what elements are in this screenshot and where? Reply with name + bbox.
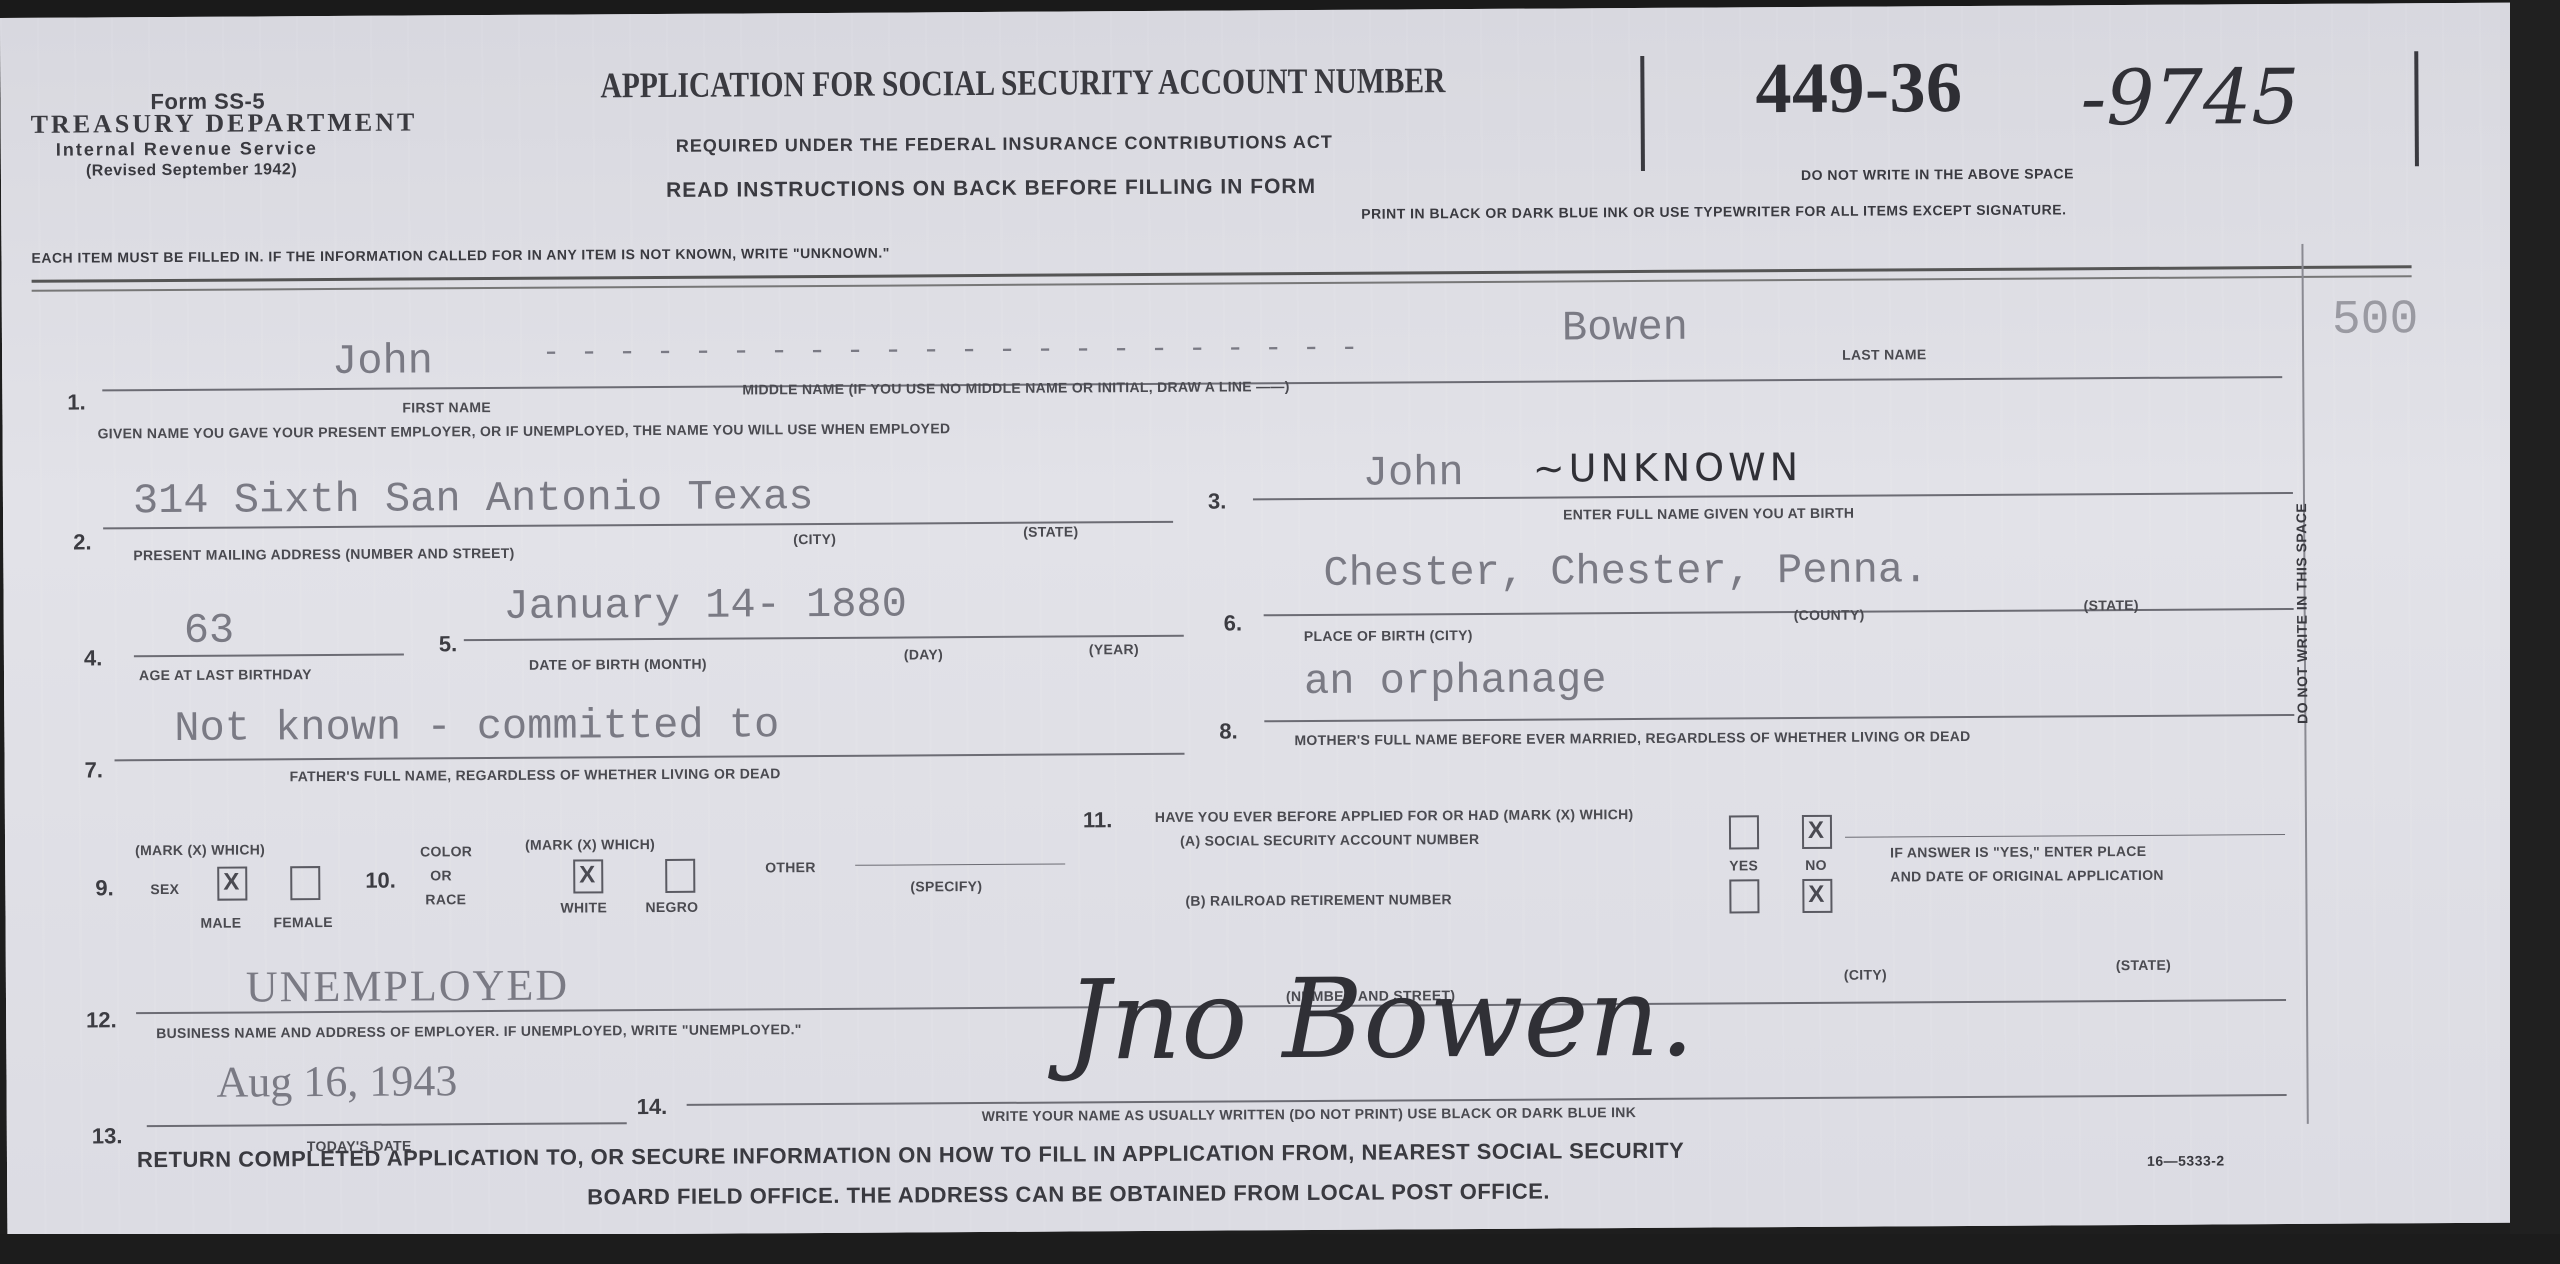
todays-date-value[interactable]: Aug 16, 1943: [216, 1055, 457, 1107]
item-1-number: 1.: [67, 389, 86, 415]
margin-vertical-note: DO NOT WRITE IN THIS SPACE: [2293, 503, 2310, 724]
service: Internal Revenue Service: [56, 138, 318, 161]
item-7-line: [115, 753, 1185, 762]
age-value[interactable]: 63: [184, 607, 235, 655]
father-name-value[interactable]: Not known - committed to: [174, 701, 779, 753]
birth-state-label: (STATE): [2084, 597, 2139, 613]
sex-male-checkbox[interactable]: [217, 867, 247, 901]
birth-name-value[interactable]: John: [1363, 449, 1464, 498]
item-4-number: 4.: [84, 645, 103, 671]
color-label-3: RACE: [425, 891, 466, 907]
fill-instruction: EACH ITEM MUST BE FILLED IN. IF THE INFO…: [31, 245, 889, 266]
employer-label: BUSINESS NAME AND ADDRESS OF EMPLOYER. I…: [156, 1021, 802, 1041]
first-name-label: FIRST NAME: [402, 399, 491, 416]
item-8-line: [1264, 714, 2294, 722]
color-label-1: COLOR: [420, 843, 472, 859]
prior-ssn-label: (A) SOCIAL SECURITY ACCOUNT NUMBER: [1180, 831, 1479, 849]
mailing-city-label: (CITY): [793, 531, 836, 547]
mailing-address-value[interactable]: 314 Sixth San Antonio Texas: [133, 473, 814, 525]
birth-place-value[interactable]: Chester, Chester, Penna.: [1323, 546, 1928, 598]
birth-day-label: (DAY): [904, 646, 943, 662]
last-name-label: LAST NAME: [1842, 346, 1926, 363]
read-instructions: READ INSTRUCTIONS ON BACK BEFORE FILLING…: [666, 175, 1316, 203]
race-white-label: WHITE: [560, 899, 607, 915]
item-5-number: 5.: [439, 631, 458, 657]
race-negro-checkbox[interactable]: [665, 859, 695, 893]
birth-name-label: ENTER FULL NAME GIVEN YOU AT BIRTH: [1563, 505, 1854, 523]
sex-mark-note: (MARK (X) WHICH): [135, 841, 265, 858]
last-name-value[interactable]: Bowen: [1562, 304, 1688, 353]
middle-name-value[interactable]: - - - - - - - - - - - - - - - - - - - - …: [542, 332, 1359, 371]
prior-ssn-yes-checkbox[interactable]: [1729, 815, 1759, 849]
prior-railroad-label: (B) RAILROAD RETIREMENT NUMBER: [1185, 891, 1452, 909]
form-subtitle: REQUIRED UNDER THE FEDERAL INSURANCE CON…: [676, 132, 1333, 157]
form-code: 16—5333-2: [2147, 1152, 2225, 1168]
item-4-line: [134, 654, 404, 658]
employer-state-label: (STATE): [2116, 957, 2171, 973]
if-yes-note-2: AND DATE OF ORIGINAL APPLICATION: [1890, 867, 2164, 885]
mailing-state-label: (STATE): [1023, 523, 1078, 539]
age-label: AGE AT LAST BIRTHDAY: [139, 666, 312, 683]
account-number-handwritten: -9745: [2080, 52, 2300, 142]
birth-month-label: DATE OF BIRTH (MONTH): [529, 656, 707, 673]
item-2-number: 2.: [73, 529, 92, 555]
form-title: APPLICATION FOR SOCIAL SECURITY ACCOUNT …: [600, 59, 1445, 106]
department: TREASURY DEPARTMENT: [31, 107, 418, 139]
scan-border-bottom: [0, 1234, 2560, 1264]
sex-label: SEX: [150, 881, 179, 897]
item-13-line: [147, 1122, 627, 1127]
margin-note-500: 500: [2332, 293, 2419, 348]
item-13-number: 13.: [92, 1123, 123, 1149]
footer-line-2: BOARD FIELD OFFICE. THE ADDRESS CAN BE O…: [587, 1179, 1550, 1211]
if-yes-note-1: IF ANSWER IS "YES," ENTER PLACE: [1890, 843, 2146, 861]
prior-application-line[interactable]: [1845, 834, 2285, 838]
race-mark-note: (MARK (X) WHICH): [525, 836, 655, 853]
prior-ssn-no-checkbox[interactable]: [1802, 815, 1832, 849]
signature[interactable]: Jno Bowen.: [1066, 953, 1695, 1085]
birth-name-handwritten[interactable]: ~UNKNOWN: [1533, 445, 1803, 491]
yes-label: YES: [1729, 857, 1758, 873]
item-3-number: 3.: [1208, 489, 1227, 515]
account-number-stamped: 449-36: [1755, 46, 1962, 130]
item-11-number: 11.: [1083, 807, 1113, 833]
sex-female-label: FEMALE: [273, 914, 332, 930]
item-6-line: [1264, 608, 2294, 616]
prior-application-question: HAVE YOU EVER BEFORE APPLIED FOR OR HAD …: [1155, 806, 1634, 825]
race-specify-label: (SPECIFY): [910, 878, 982, 894]
mailing-address-label: PRESENT MAILING ADDRESS (NUMBER AND STRE…: [133, 545, 514, 563]
race-other-label: OTHER: [765, 859, 816, 875]
middle-name-label: MIDDLE NAME (IF YOU USE NO MIDDLE NAME O…: [742, 378, 1289, 397]
do-not-write-note: DO NOT WRITE IN THE ABOVE SPACE: [1801, 165, 2074, 183]
item-1-note: GIVEN NAME YOU GAVE YOUR PRESENT EMPLOYE…: [97, 420, 950, 441]
signature-label: WRITE YOUR NAME AS USUALLY WRITTEN (DO N…: [982, 1104, 1636, 1124]
birth-date-value[interactable]: January 14- 1880: [503, 580, 907, 630]
sex-male-label: MALE: [200, 915, 241, 931]
print-instruction: PRINT IN BLACK OR DARK BLUE INK OR USE T…: [1361, 201, 2066, 221]
birth-city-label: PLACE OF BIRTH (CITY): [1304, 627, 1473, 644]
first-name-value[interactable]: John: [332, 337, 433, 386]
item-7-number: 7.: [85, 757, 104, 783]
item-5-line: [464, 635, 1184, 641]
employer-value[interactable]: UNEMPLOYED: [246, 960, 569, 1013]
prior-railroad-no-checkbox[interactable]: [1802, 879, 1832, 913]
mother-name-label: MOTHER'S FULL NAME BEFORE EVER MARRIED, …: [1294, 728, 1970, 748]
item-12-number: 12.: [86, 1007, 117, 1033]
birth-year-label: (YEAR): [1089, 641, 1139, 657]
no-label: NO: [1805, 857, 1827, 873]
revised-date: (Revised September 1942): [86, 161, 297, 180]
birth-county-label: (COUNTY): [1794, 607, 1865, 623]
item-6-number: 6.: [1224, 610, 1243, 636]
father-name-label: FATHER'S FULL NAME, REGARDLESS OF WHETHE…: [290, 765, 781, 784]
employer-city-label: (CITY): [1844, 966, 1887, 982]
mother-name-value[interactable]: an orphanage: [1304, 656, 1607, 706]
scan-border-right: [2510, 0, 2560, 1264]
header-divider: [32, 265, 2412, 283]
race-white-checkbox[interactable]: [573, 859, 603, 893]
item-9-number: 9.: [95, 875, 114, 901]
ss5-form: Form SS-5 TREASURY DEPARTMENT Internal R…: [0, 3, 2522, 1238]
sex-female-checkbox[interactable]: [290, 866, 320, 900]
race-negro-label: NEGRO: [645, 899, 698, 915]
race-other-line[interactable]: [855, 864, 1065, 866]
item-10-number: 10.: [365, 868, 396, 894]
prior-railroad-yes-checkbox[interactable]: [1729, 879, 1759, 913]
item-14-number: 14.: [637, 1094, 668, 1120]
item-8-number: 8.: [1219, 718, 1238, 744]
color-label-2: OR: [430, 867, 452, 883]
